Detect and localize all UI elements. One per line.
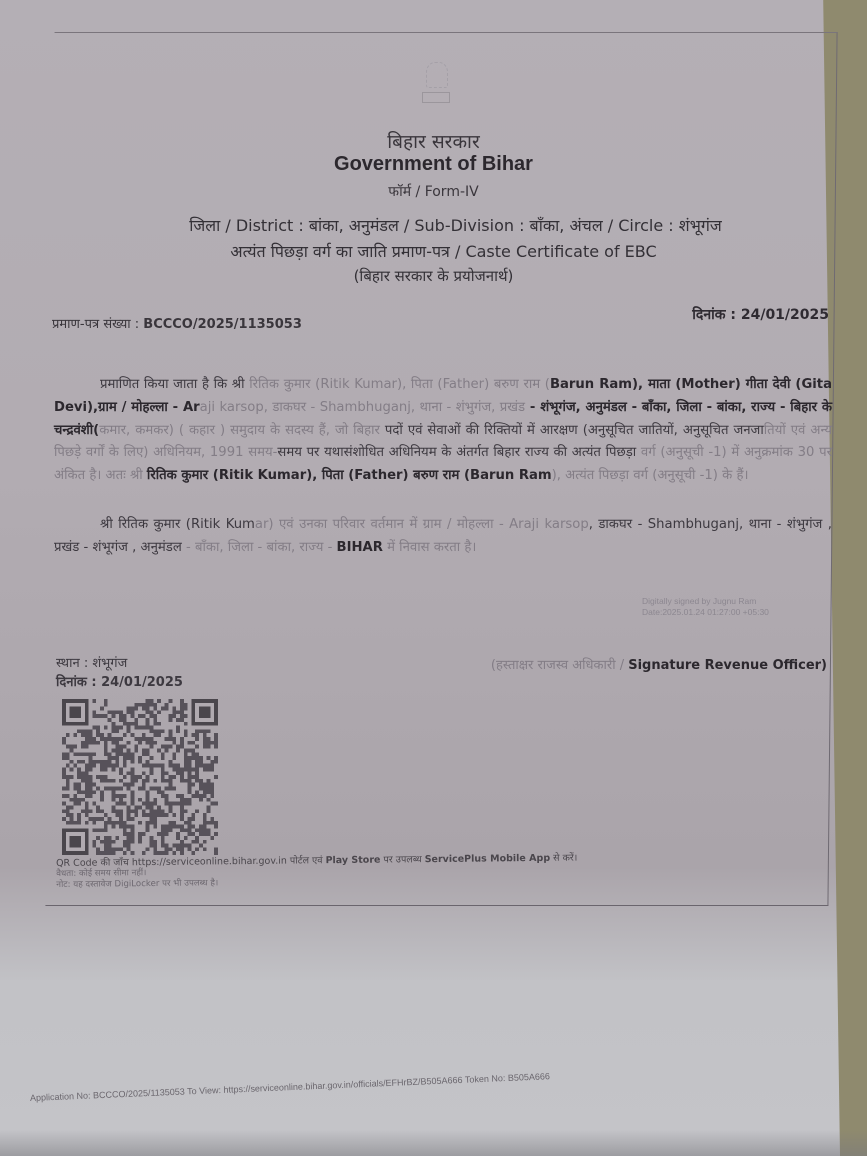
text-segment: ServicePlus Mobile App xyxy=(425,853,551,865)
text-segment: - बाँका, जिला - बांका, राज्य - xyxy=(182,540,337,555)
paper-shadow xyxy=(0,1130,867,1156)
text-segment: समय पर यथासंशोधित अधिनियम के अंतर्गत बिह… xyxy=(277,445,636,460)
place: स्थान : शंभूगंज xyxy=(56,653,127,671)
form-number: फॉर्म / Form-IV xyxy=(0,182,867,201)
text-segment: प्रमाणित किया जाता है कि श्री xyxy=(100,377,249,392)
location-line: जिला / District : बांका, अनुमंडल / Sub-D… xyxy=(22,214,867,236)
certificate-date: दिनांक : 24/01/2025 xyxy=(692,305,829,324)
text-segment: में निवास करता है। xyxy=(383,540,477,555)
signature-label: (हस्ताक्षर राजस्व अधिकारी / Signature Re… xyxy=(491,655,827,673)
issue-date: दिनांक : 24/01/2025 xyxy=(56,672,183,690)
signature-label-hindi: (हस्ताक्षर राजस्व अधिकारी / xyxy=(491,658,628,673)
digital-signature-signer: Digitally signed by Jugnu Ram xyxy=(642,596,769,607)
certification-paragraph: प्रमाणित किया जाता है कि श्री रितिक कुमा… xyxy=(54,374,832,488)
residence-paragraph: श्री रितिक कुमार (Ritik Kumar) एवं उनका … xyxy=(54,514,832,560)
state-emblem-icon xyxy=(420,56,452,106)
certificate-purpose: (बिहार सरकार के प्रयोजनार्थ) xyxy=(0,266,867,286)
text-segment: कमार, कमकर) ( कहार ) समुदाय के सदस्य हैं… xyxy=(99,423,380,438)
certificate-number-label: प्रमाण-पत्र संख्या : xyxy=(52,317,139,332)
qr-code-icon[interactable] xyxy=(62,698,218,856)
text-segment: रितिक कुमार (Ritik Kumar), पिता (Father)… xyxy=(147,468,552,483)
text-segment: रितिक कुमार (Ritik Kumar), पिता (Father)… xyxy=(249,377,550,392)
certificate-title: अत्यंत पिछड़ा वर्ग का जाति प्रमाण-पत्र /… xyxy=(10,240,867,262)
signature-label-english: Signature Revenue Officer) xyxy=(628,658,827,673)
text-segment: ar) एवं उनका परिवार वर्तमान में ग्राम / … xyxy=(255,517,589,532)
text-segment: aji karsop, डाकघर - Shambhuganj, थाना - … xyxy=(200,400,525,415)
certificate-number-value: BCCCO/2025/1135053 xyxy=(143,317,302,332)
text-segment: पदों एवं सेवाओं की रिक्तियों में आरक्षण … xyxy=(380,423,764,438)
certificate-date-value: 24/01/2025 xyxy=(741,307,829,323)
digital-signature-stamp: Digitally signed by Jugnu Ram Date:2025.… xyxy=(642,596,769,618)
text-segment: श्री रितिक कुमार (Ritik Kum xyxy=(100,517,255,532)
text-segment: BIHAR xyxy=(337,540,383,555)
text-segment: पर उपलब्ध xyxy=(380,854,424,865)
digital-signature-date: Date:2025.01.24 01:27:00 +05:30 xyxy=(642,607,769,618)
certificate-date-label: दिनांक : xyxy=(692,307,736,323)
text-segment: Play Store xyxy=(326,855,381,867)
gov-title-english: Government of Bihar xyxy=(0,153,867,176)
text-segment: ), अत्यंत पिछड़ा वर्ग (अनुसूची -1) के है… xyxy=(552,468,749,483)
certificate-number: प्रमाण-पत्र संख्या : BCCCO/2025/1135053 xyxy=(52,314,302,332)
qr-verification-note: QR Code की जाँच https://serviceonline.bi… xyxy=(56,853,578,891)
text-segment: से करें। xyxy=(550,853,577,864)
gov-title-hindi: बिहार सरकार xyxy=(0,128,867,154)
